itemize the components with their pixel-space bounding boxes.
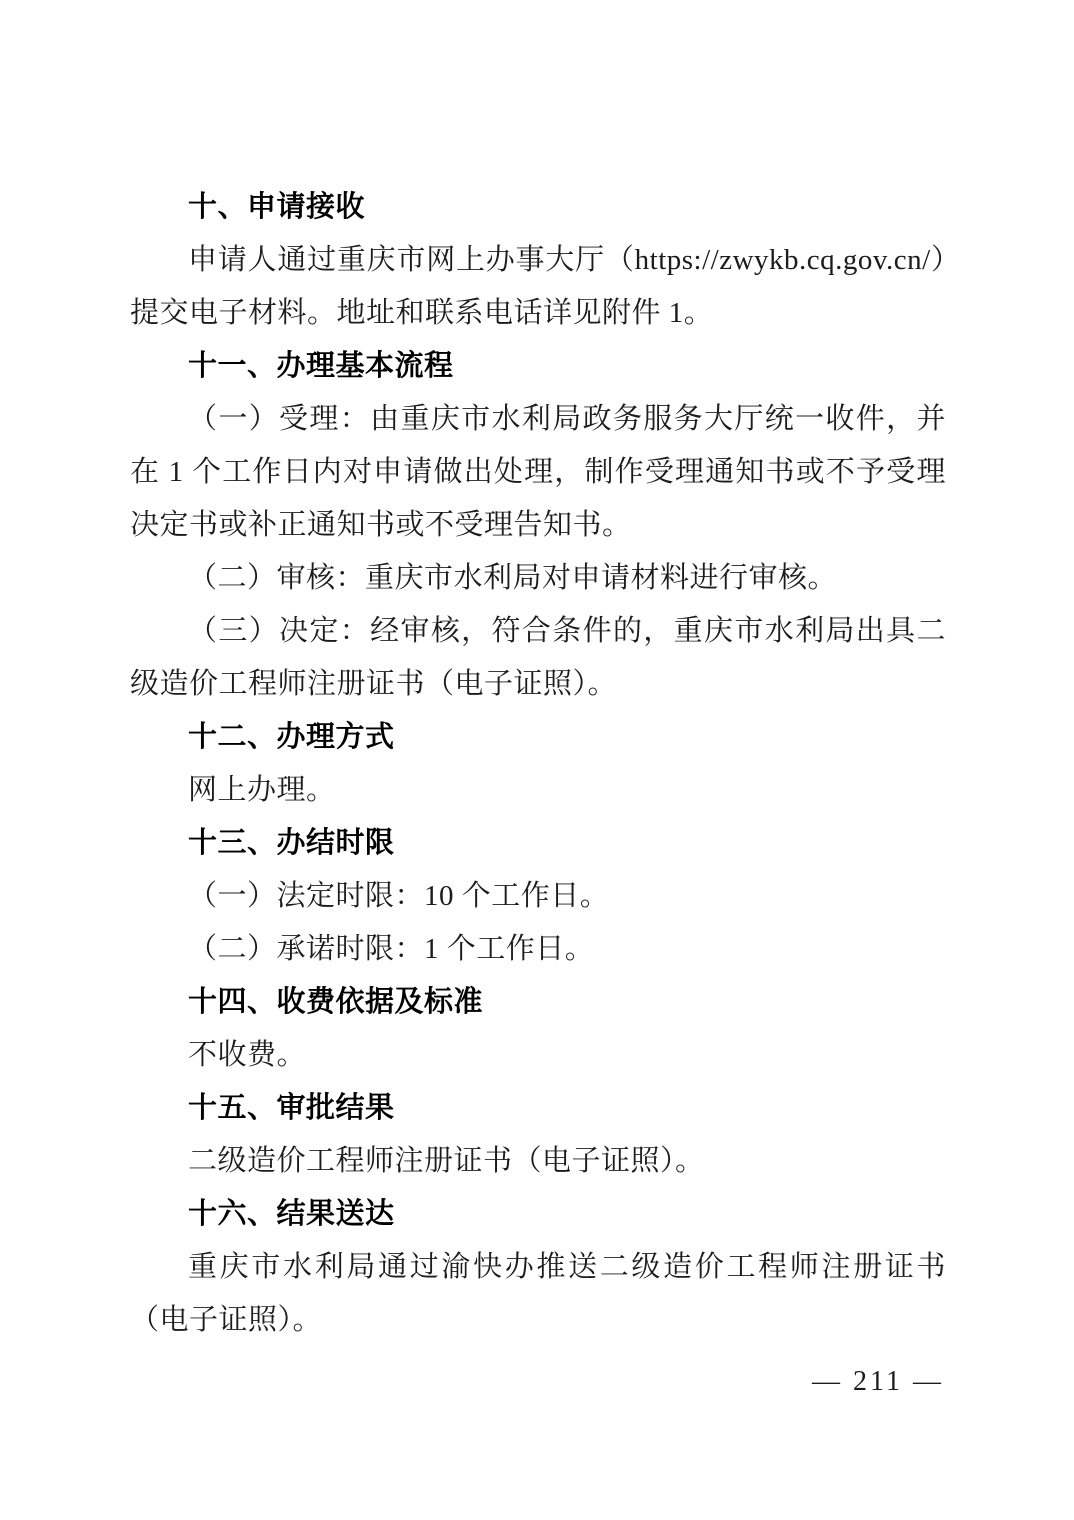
document-content: 十、申请接收 申请人通过重庆市网上办事大厅（https://zwykb.cq.g…	[130, 181, 946, 1347]
paragraph-promised-time-limit: （二）承诺时限：1 个工作日。	[130, 923, 946, 976]
page-number: — 211 —	[812, 1366, 944, 1398]
paragraph-handling-method: 网上办理。	[130, 764, 946, 817]
heading-result-delivery: 十六、结果送达	[130, 1188, 946, 1241]
heading-completion-time-limit: 十三、办结时限	[130, 817, 946, 870]
paragraph-application-reception: 申请人通过重庆市网上办事大厅（https://zwykb.cq.gov.cn/）…	[130, 234, 946, 340]
heading-fee-basis-standard: 十四、收费依据及标准	[130, 976, 946, 1029]
heading-application-reception: 十、申请接收	[130, 181, 946, 234]
paragraph-process-decision: （三）决定：经审核，符合条件的，重庆市水利局出具二级造价工程师注册证书（电子证照…	[130, 605, 946, 711]
paragraph-process-review: （二）审核：重庆市水利局对申请材料进行审核。	[130, 552, 946, 605]
heading-handling-method: 十二、办理方式	[130, 711, 946, 764]
paragraph-statutory-time-limit: （一）法定时限：10 个工作日。	[130, 870, 946, 923]
heading-approval-result: 十五、审批结果	[130, 1082, 946, 1135]
document-page: 十、申请接收 申请人通过重庆市网上办事大厅（https://zwykb.cq.g…	[0, 0, 1074, 1520]
heading-basic-process: 十一、办理基本流程	[130, 340, 946, 393]
paragraph-process-acceptance: （一）受理：由重庆市水利局政务服务大厅统一收件，并在 1 个工作日内对申请做出处…	[130, 393, 946, 552]
paragraph-no-fee: 不收费。	[130, 1029, 946, 1082]
paragraph-result-delivery: 重庆市水利局通过渝快办推送二级造价工程师注册证书（电子证照）。	[130, 1241, 946, 1347]
paragraph-approval-result: 二级造价工程师注册证书（电子证照）。	[130, 1135, 946, 1188]
